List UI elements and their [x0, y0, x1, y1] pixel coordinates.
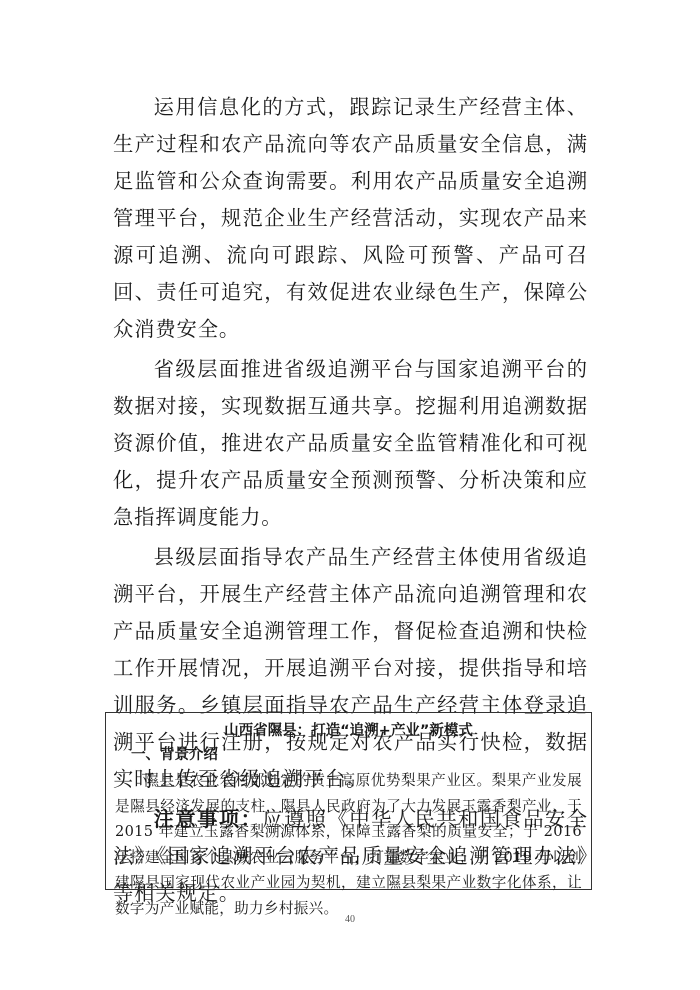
paragraph-traceability-info: 运用信息化的方式，跟踪记录生产经营主体、生产过程和农产品流向等农产品质量安全信息…	[113, 89, 588, 348]
document-page: 运用信息化的方式，跟踪记录生产经营主体、生产过程和农产品流向等农产品质量安全信息…	[0, 0, 700, 990]
case-study-title: 山西省隰县：打造“追溯+产业”新模式	[115, 719, 582, 743]
page-number: 40	[0, 914, 700, 925]
case-study-box: 山西省隰县：打造“追溯+产业”新模式 一、背景介绍 隰县是农业农村部划定的黄土高…	[105, 712, 592, 890]
paragraph-provincial-level: 省级层面推进省级追溯平台与国家追溯平台的数据对接，实现数据互通共享。挖掘利用追溯…	[113, 351, 588, 536]
case-section-heading: 一、背景介绍	[131, 743, 582, 768]
case-background-paragraph: 隰县是农业农村部划定的黄土高原优势梨果产业区。梨果产业发展是隰县经济发展的支柱，…	[115, 768, 582, 922]
